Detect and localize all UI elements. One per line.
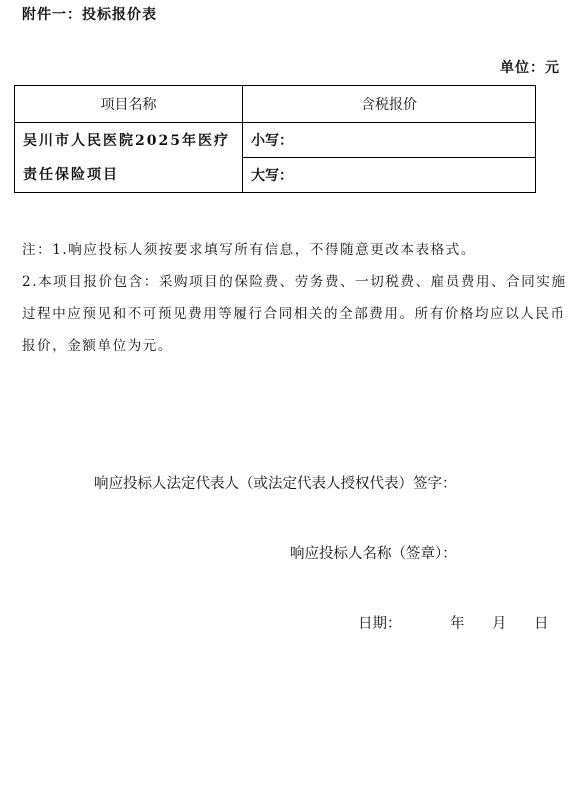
date-year: 年 [450,612,492,633]
page-title: 附件一：投标报价表 [22,4,157,24]
amount-uppercase-label: 大写： [251,168,293,184]
quote-table: 项目名称 含税报价 吴川市人民医院2025年医疗 责任保险项目 小写： 大写： [14,85,536,193]
date-line: 日期：年月日 [358,612,549,633]
representative-signature-label: 响应投标人法定代表人（或法定代表人授权代表）签字： [94,472,457,493]
amount-uppercase-field[interactable]: 大写： [243,158,536,193]
note-item: 注：1.响应投标人须按要求填写所有信息，不得随意更改本表格式。 [22,234,567,266]
note-item: 2.本项目报价包含：采购项目的保险费、劳务费、一切税费、雇员费用、合同实施过程中… [22,266,567,362]
notes-section: 注：1.响应投标人须按要求填写所有信息，不得随意更改本表格式。 2.本项目报价包… [22,234,567,362]
amount-lowercase-field[interactable]: 小写： [243,123,536,158]
table-row: 吴川市人民医院2025年医疗 责任保险项目 小写： [15,123,536,158]
table-header-row: 项目名称 含税报价 [15,86,536,123]
project-name-line: 责任保险项目 [23,158,242,192]
project-name-cell: 吴川市人民医院2025年医疗 责任保险项目 [15,123,243,193]
bidder-name-seal-label: 响应投标人名称（签章）： [290,542,457,563]
date-day: 日 [534,612,549,633]
date-month: 月 [492,612,534,633]
amount-lowercase-label: 小写： [251,133,293,149]
header-tax-inclusive-price: 含税报价 [243,86,536,123]
project-name-line: 吴川市人民医院2025年医疗 [23,124,242,158]
currency-unit: 单位：元 [500,57,560,77]
date-label: 日期： [358,612,450,633]
header-project-name: 项目名称 [15,86,243,123]
